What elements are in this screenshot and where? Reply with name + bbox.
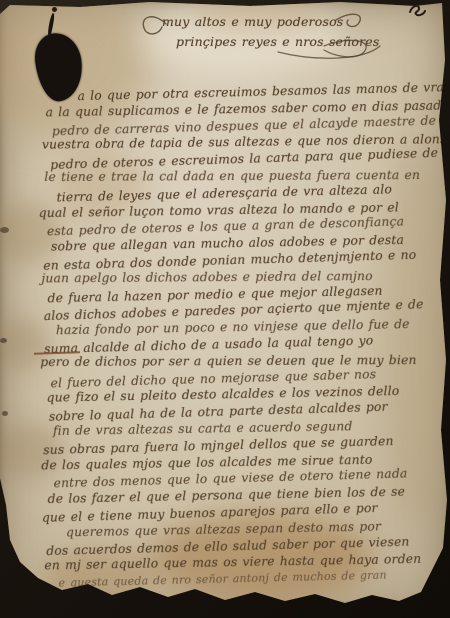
salutation-line-1: muy altos e muy poderosos (162, 14, 390, 29)
edge-speck (2, 411, 8, 416)
ink-blot-speck (52, 7, 57, 12)
scan-background: muy altos e muy poderosos prinçipes reye… (0, 0, 450, 618)
edge-speck (0, 227, 9, 233)
manuscript-body: a lo que por otra escreuimos besamos las… (25, 82, 436, 590)
edge-speck (0, 338, 7, 343)
salutation: muy altos e muy poderosos prinçipes reye… (120, 14, 390, 49)
manuscript-page: muy altos e muy poderosos prinçipes reye… (0, 0, 450, 618)
corner-ink-mark-icon (406, 2, 428, 18)
salutation-line-2: prinçipes reyes e nros señores (176, 34, 390, 49)
